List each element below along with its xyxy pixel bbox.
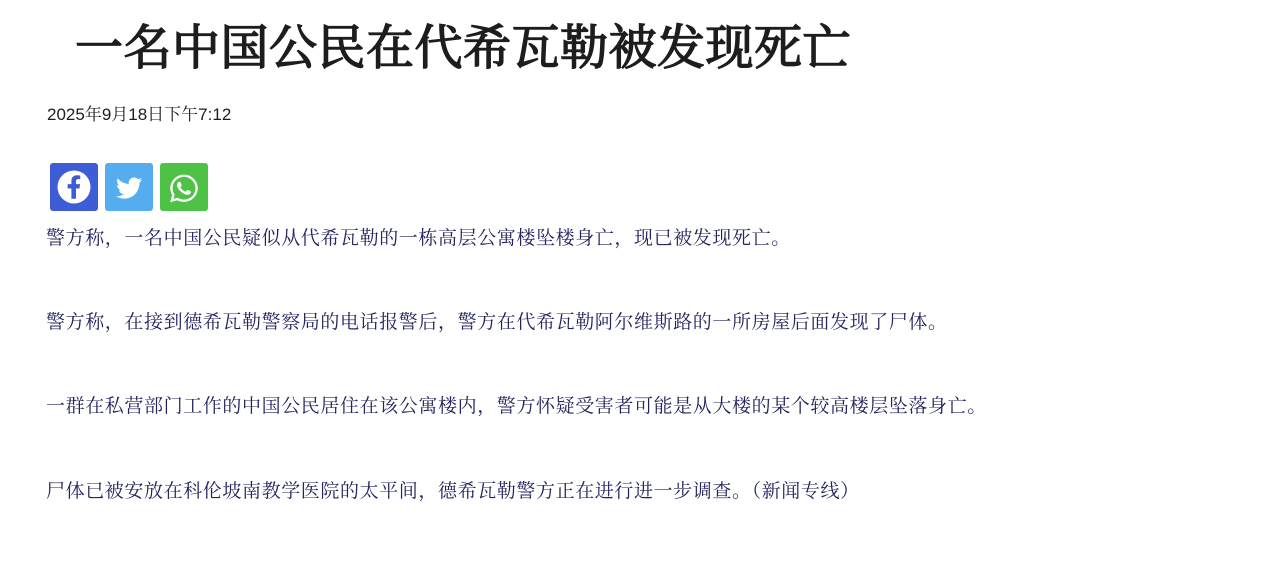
article-paragraph-2: 警方称，在接到德希瓦勒警察局的电话报警后，警方在代希瓦勒阿尔维斯路的一所房屋后面… [46,310,948,336]
whatsapp-share-button[interactable] [160,163,208,211]
article-title: 一名中国公民在代希瓦勒被发现死亡 [75,20,851,78]
article-paragraph-3: 一群在私营部门工作的中国公民居住在该公寓楼内，警方怀疑受害者可能是从大楼的某个较… [46,394,987,420]
twitter-icon [105,163,153,211]
facebook-icon [50,163,98,211]
whatsapp-icon [160,163,208,211]
article-page: 一名中国公民在代希瓦勒被发现死亡 2025年9月18日下午7:12 [0,0,1280,569]
publish-date: 2025年9月18日下午7:12 [47,104,231,126]
facebook-share-button[interactable] [50,163,98,211]
article-paragraph-4: 尸体已被安放在科伦坡南教学医院的太平间，德希瓦勒警方正在进行进一步调查。（新闻专… [46,479,860,505]
article-paragraph-1: 警方称，一名中国公民疑似从代希瓦勒的一栋高层公寓楼坠楼身亡，现已被发现死亡。 [46,226,791,252]
twitter-share-button[interactable] [105,163,153,211]
share-buttons-row [50,163,208,211]
